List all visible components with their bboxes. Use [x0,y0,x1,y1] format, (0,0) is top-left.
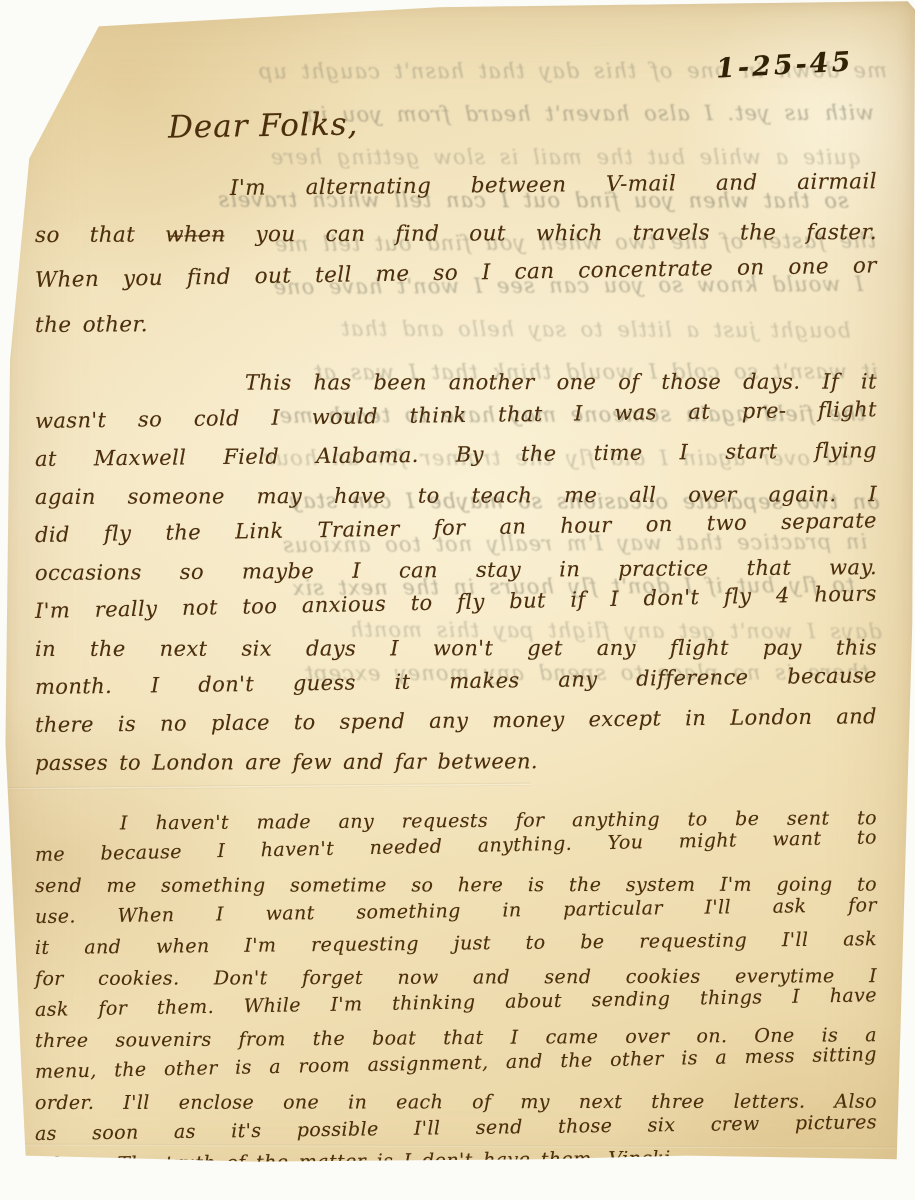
scan-background: me down in one of this day that hasn't c… [0,0,915,1200]
salutation: Dear Folks, [168,106,359,145]
bleed-line: with us yet. I also haven't heard from y… [13,92,874,138]
handwritten-line: at Maxwell Field Alabama. By the time I … [35,431,877,478]
letter-page: me down in one of this day that hasn't c… [0,0,915,1200]
letter-date: 1-25-45 [715,46,854,84]
letter-body: I'm alternating between V-mail and airma… [35,168,877,1181]
paragraph: I haven't made any requests for anything… [35,809,877,1181]
handwritten-line: the other. [35,297,877,348]
handwritten-line: I'm alternating between V-mail and airma… [35,159,877,213]
paragraph: I'm alternating between V-mail and airma… [35,168,877,348]
handwritten-line: there is no place to spend any money exc… [35,697,877,744]
paragraph: This has been another one of those days.… [35,364,877,782]
handwritten-line: passes to London are few and far between… [35,741,877,782]
